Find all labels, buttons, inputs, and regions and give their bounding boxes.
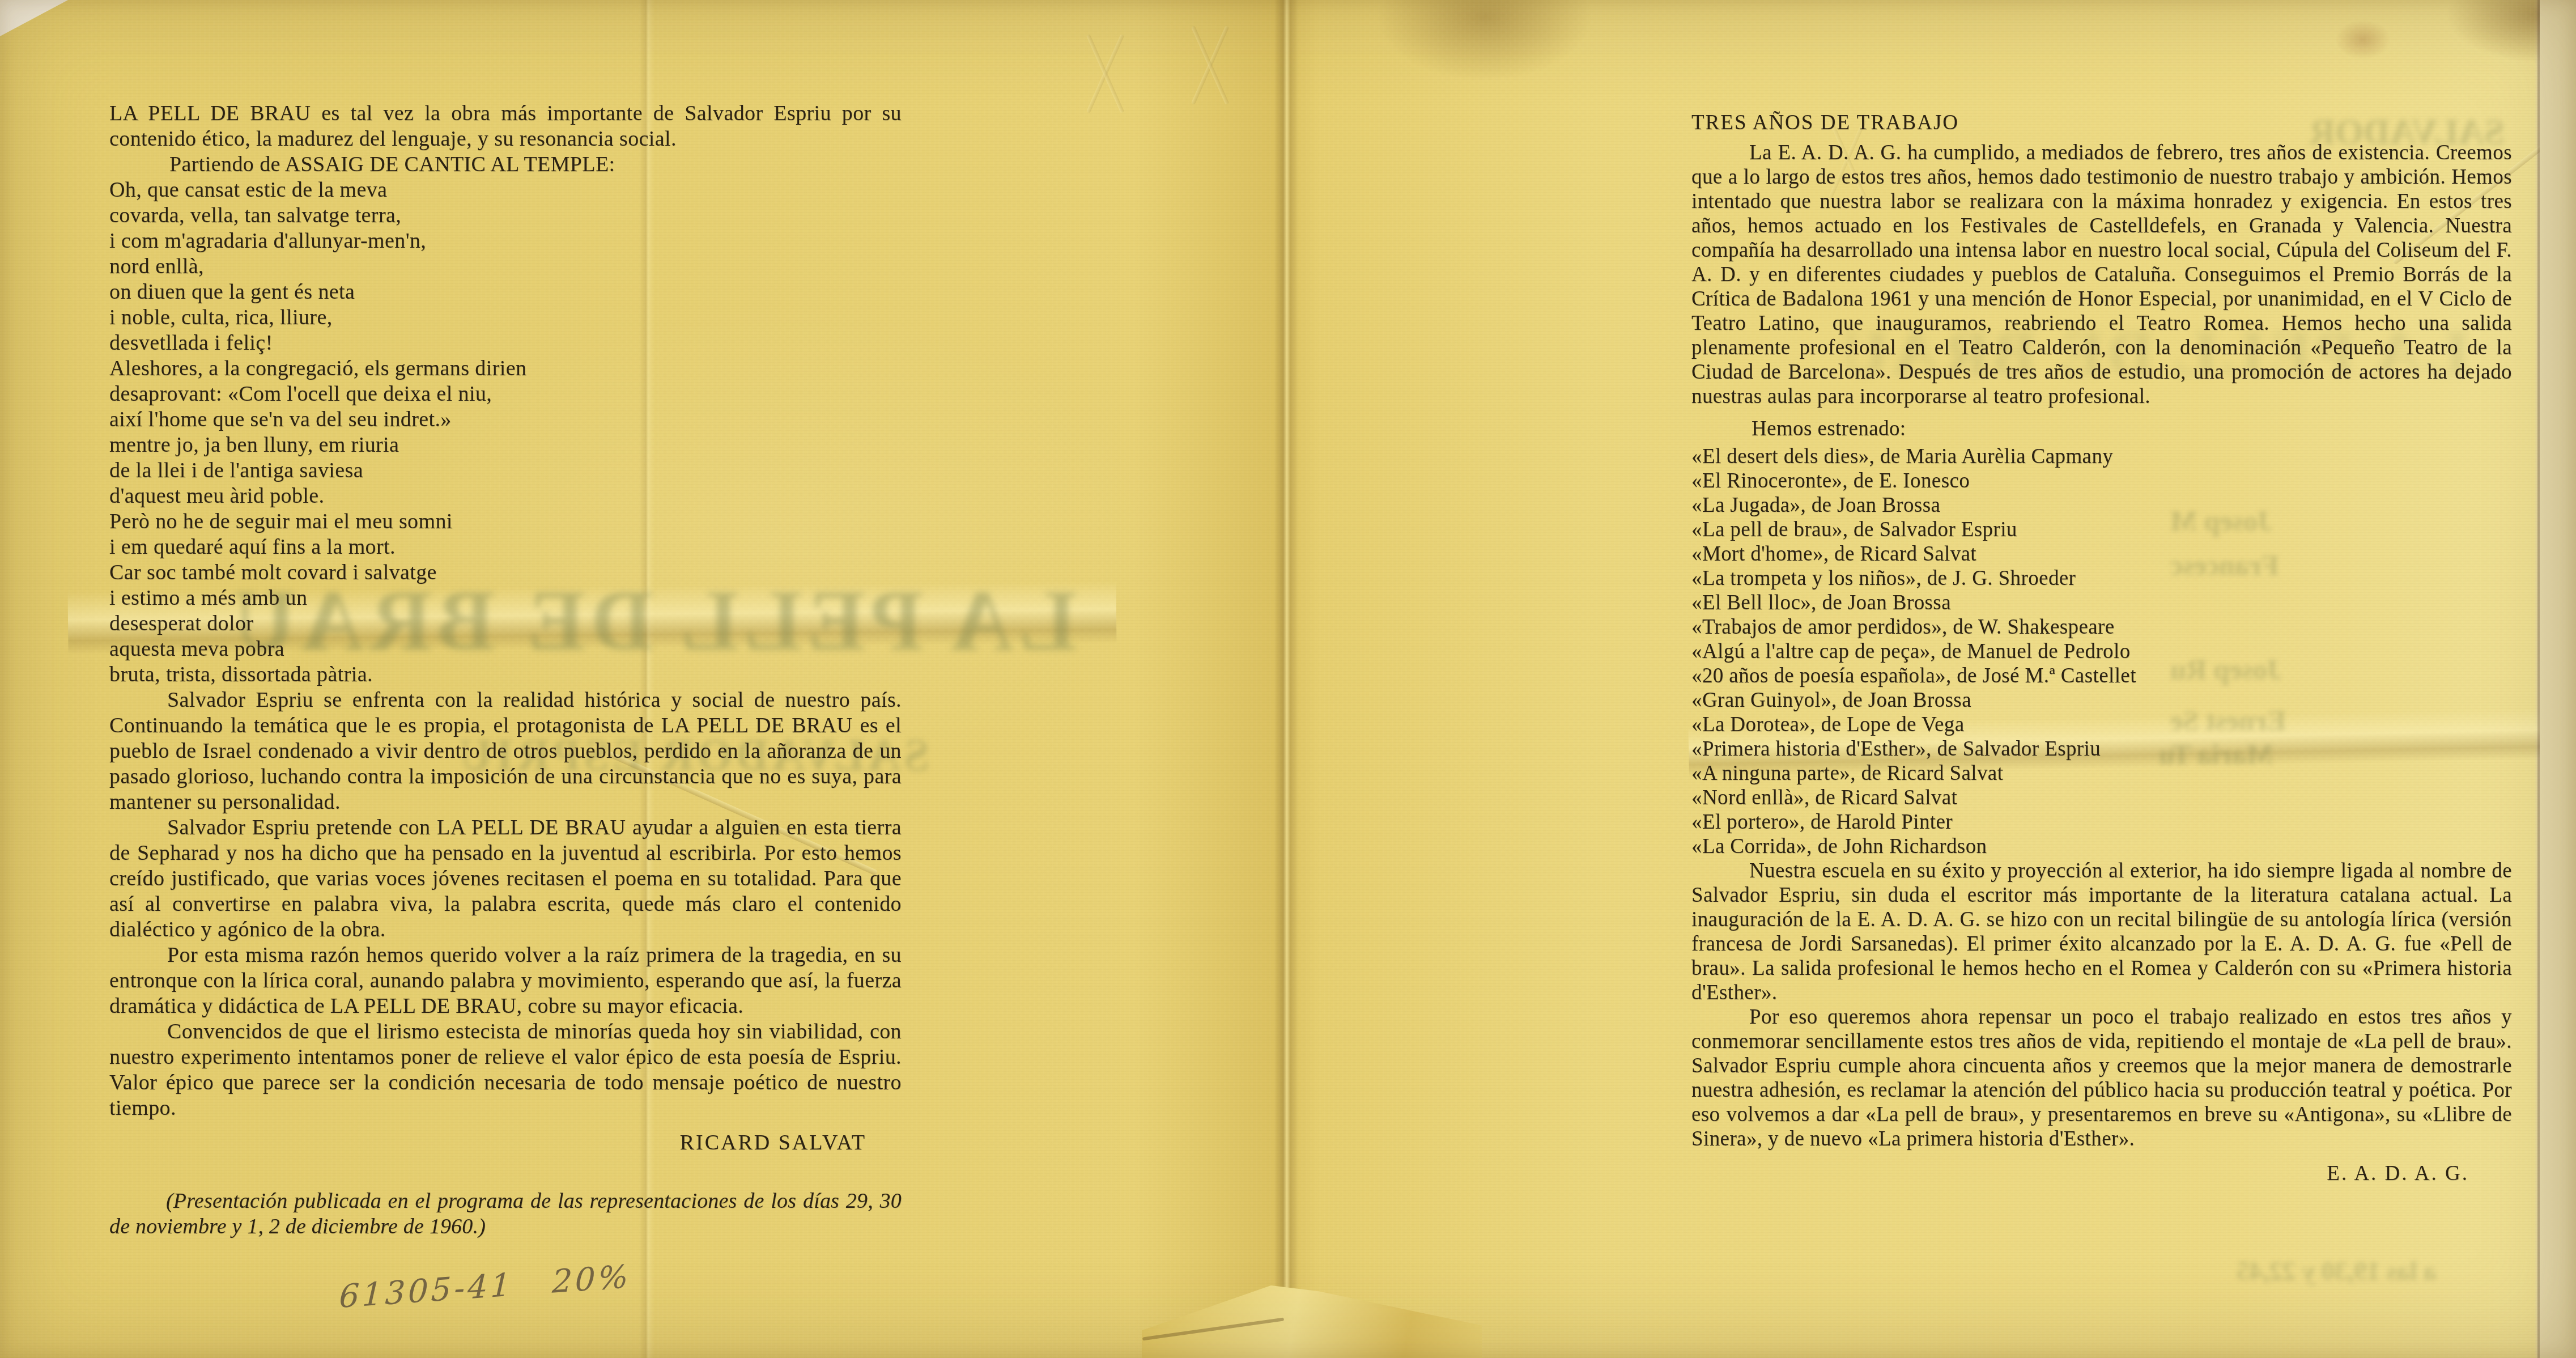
premiere-item: «Algú a l'altre cap de peça», de Manuel …	[1691, 639, 2512, 664]
page-title: TRES AÑOS DE TRABAJO	[1691, 111, 2512, 135]
premieres-list: «El desert dels dies», de Maria Aurèlia …	[1691, 444, 2512, 859]
poem-line: així l'home que se'n va del seu indret.»	[109, 407, 902, 432]
premiere-item: «El desert dels dies», de Maria Aurèlia …	[1691, 444, 2512, 469]
essay-paragraph: Convencidos de que el lirismo estecista …	[109, 1019, 902, 1121]
fold-x-mark	[1184, 23, 1235, 108]
poem-line: desaprovant: «Com l'ocell que deixa el n…	[109, 381, 902, 407]
right-page-text-column: TRES AÑOS DE TRABAJO La E. A. D. A. G. h…	[1691, 111, 2512, 1186]
bleedthrough-schedule-ghost: a las 19,30 y 22,45	[1842, 1256, 2437, 1286]
history-paragraph: La E. A. D. A. G. ha cumplido, a mediado…	[1691, 141, 2512, 409]
fold-x-mark	[1079, 31, 1130, 116]
premiere-item: «La Jugada», de Joan Brossa	[1691, 493, 2512, 517]
premiere-item: «Primera historia d'Esther», de Salvador…	[1691, 737, 2512, 761]
premieres-label: Hemos estrenado:	[1691, 417, 2512, 441]
premiere-item: «La Dorotea», de Lope de Vega	[1691, 712, 2512, 737]
author-signature: RICARD SALVAT	[109, 1130, 902, 1156]
essay-paragraph: Por esta misma razón hemos querido volve…	[109, 943, 902, 1019]
premiere-item: «20 años de poesía española», de José M.…	[1691, 664, 2512, 688]
poem-line: i noble, culta, rica, lliure,	[109, 305, 902, 330]
center-fold-crease	[1274, 0, 1299, 1358]
publication-footnote: (Presentación publicada en el programa d…	[109, 1189, 902, 1240]
premiere-item: «El Bell lloc», de Joan Brossa	[1691, 591, 2512, 615]
premiere-item: «A ninguna parte», de Ricard Salvat	[1691, 761, 2512, 786]
scan-corner-gap	[0, 0, 68, 36]
premiere-item: «El portero», de Harold Pinter	[1691, 810, 2512, 834]
poem-line: bruta, trista, dissortada pàtria.	[109, 662, 902, 688]
premiere-item: «Nord enllà», de Ricard Salvat	[1691, 786, 2512, 810]
poem-line: nord enllà,	[109, 254, 902, 279]
bottom-fold-flap	[1142, 1285, 1482, 1358]
premiere-item: «Mort d'home», de Ricard Salvat	[1691, 542, 2512, 566]
essay-paragraph: Salvador Espriu pretende con LA PELL DE …	[109, 815, 902, 943]
poem-line: Car soc també molt covard i salvatge	[109, 560, 902, 585]
poem-line: mentre jo, ja ben lluny, em riuria	[109, 432, 902, 458]
intro-paragraph: LA PELL DE BRAU es tal vez la obra más i…	[109, 101, 902, 152]
poem-line: Aleshores, a la congregació, els germans…	[109, 356, 902, 381]
essay-paragraph: Salvador Espriu se enfrenta con la reali…	[109, 688, 902, 815]
premiere-item: «Gran Guinyol», de Joan Brossa	[1691, 688, 2512, 712]
poem-assaig-de-cantic: Oh, que cansat estic de la mevacovarda, …	[109, 177, 902, 688]
poem-line: covarda, vella, tan salvatge terra,	[109, 203, 902, 228]
poem-line: i em quedaré aquí fins a la mort.	[109, 534, 902, 560]
handwritten-inventory-note: 61305-41 20%	[338, 1258, 631, 1315]
premiere-item: «Trabajos de amor perdidos», de W. Shake…	[1691, 615, 2512, 639]
left-page-text-column: LA PELL DE BRAU es tal vez la obra más i…	[109, 101, 902, 1240]
school-paragraph: Nuestra escuela en su éxito y proyección…	[1691, 859, 2512, 1005]
partiendo-line: Partiendo de ASSAIG DE CANTIC AL TEMPLE:	[109, 152, 902, 177]
poem-line: on diuen que la gent és neta	[109, 279, 902, 305]
anniversary-paragraph: Por eso queremos ahora repensar un poco …	[1691, 1005, 2512, 1151]
scan-edge-strip	[2537, 0, 2576, 1358]
premiere-item: «El Rinoceronte», de E. Ionesco	[1691, 469, 2512, 493]
premiere-item: «La Corrida», de John Richardson	[1691, 834, 2512, 859]
poem-line: i com m'agradaria d'allunyar-men'n,	[109, 228, 902, 254]
poem-line: i estimo a més amb un	[109, 585, 902, 611]
premiere-item: «La trompeta y los niños», de J. G. Shro…	[1691, 566, 2512, 591]
poem-line: d'aquest meu àrid poble.	[109, 483, 902, 509]
premiere-item: «La pell de brau», de Salvador Espriu	[1691, 517, 2512, 542]
poem-line: aquesta meva pobra	[109, 636, 902, 662]
poem-line: Oh, que cansat estic de la meva	[109, 177, 902, 203]
poem-line: desvetllada i feliç!	[109, 330, 902, 356]
poem-line: Però no he de seguir mai el meu somni	[109, 509, 902, 534]
company-signature: E. A. D. A. G.	[1691, 1161, 2512, 1186]
poem-line: de la llei i de l'antiga saviesa	[109, 458, 902, 483]
scanned-program-sheet: LA PELL DE BRAU SALVADOR ESPRIU LA PELL …	[0, 0, 2576, 1358]
poem-line: desesperat dolor	[109, 611, 902, 636]
